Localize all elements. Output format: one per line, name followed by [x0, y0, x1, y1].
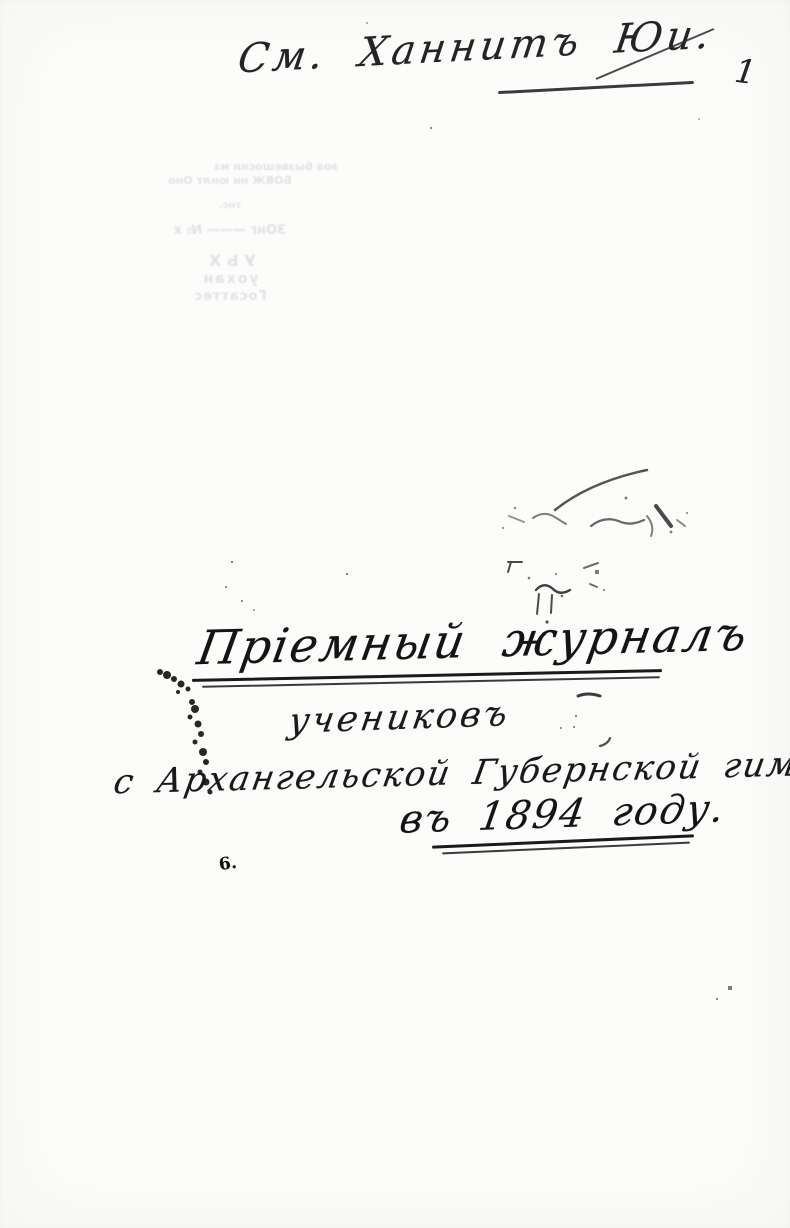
stamp-line: эоа бызвешоснн мз — [214, 160, 338, 174]
top-inscription: См. Ханнитъ Юи. — [235, 11, 716, 82]
inscription-underline — [498, 81, 694, 94]
stamp-line: ЗОнг ——— № х — [116, 223, 344, 239]
stamp-line: Госаттес — [193, 289, 266, 305]
pencil-scrawl — [495, 458, 705, 548]
folio-number: 1 — [732, 51, 758, 93]
subtitle-students: учениковъ — [286, 694, 513, 742]
bleedthrough-stamp: эоа бызвешоснн мз БОВЖ нн юнлт Оно тнс. … — [116, 160, 344, 336]
stamp-line: тнс. — [219, 200, 241, 213]
stamp-line: УЬХ — [204, 251, 256, 271]
main-title: Пріемный журналъ — [193, 607, 752, 677]
scanned-page: См. Ханнитъ Юи. 1 эоа бызвешоснн мз БОВЖ… — [0, 0, 790, 1228]
stamp-line: БОВЖ нн юнлт Оно — [168, 174, 292, 188]
corner-ink-mark: 6. — [218, 853, 238, 875]
stray-ink-strokes — [570, 688, 630, 758]
paper-specks — [0, 0, 2, 2]
stamp-line: уохан — [202, 271, 259, 289]
